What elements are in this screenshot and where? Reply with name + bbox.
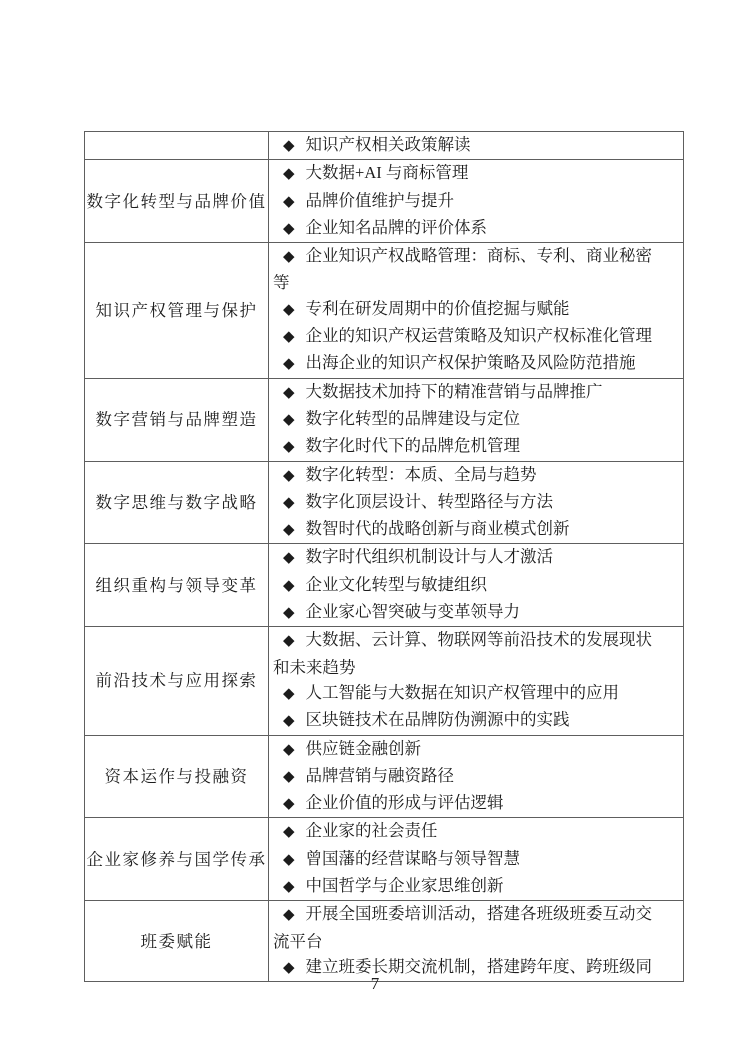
course-item: ◆知识产权相关政策解读: [269, 132, 683, 159]
course-item: ◆数智时代的战略创新与商业模式创新: [269, 516, 683, 543]
course-item: ◆数字化转型的品牌建设与定位: [269, 406, 683, 433]
course-item-text: 企业文化转型与敏捷组织: [306, 575, 488, 594]
document-page: ◆知识产权相关政策解读数字化转型与品牌价值◆大数据+AI 与商标管理◆品牌价值维…: [0, 0, 750, 1060]
diamond-bullet-icon: ◆: [283, 329, 295, 345]
course-item-text: 数字化时代下的品牌危机管理: [306, 436, 521, 455]
course-item: ◆大数据、云计算、物联网等前沿技术的发展现状 和未来趋势: [269, 627, 683, 680]
diamond-bullet-icon: ◆: [283, 439, 295, 455]
category-cell: 资本运作与投融资: [85, 735, 269, 818]
diamond-bullet-icon: ◆: [283, 356, 295, 372]
diamond-bullet-icon: ◆: [283, 605, 295, 621]
page-number: 7: [0, 974, 750, 994]
course-item: ◆数字化顶层设计、转型路径与方法: [269, 489, 683, 516]
course-item: ◆供应链金融创新: [269, 736, 683, 763]
course-item-text: 知识产权相关政策解读: [306, 135, 471, 154]
topics-cell: ◆大数据、云计算、物联网等前沿技术的发展现状 和未来趋势◆人工智能与大数据在知识…: [269, 627, 684, 735]
course-item: ◆出海企业的知识产权保护策略及风险防范措施: [269, 350, 683, 377]
course-item: ◆大数据技术加持下的精准营销与品牌推广: [269, 379, 683, 406]
category-cell: [85, 132, 269, 160]
course-item-text: 数智时代的战略创新与商业模式创新: [306, 519, 570, 538]
diamond-bullet-icon: ◆: [283, 686, 295, 702]
course-item: ◆企业家的社会责任: [269, 818, 683, 845]
category-cell: 组织重构与领导变革: [85, 544, 269, 627]
diamond-bullet-icon: ◆: [283, 852, 295, 868]
diamond-bullet-icon: ◆: [283, 742, 295, 758]
course-item-text: 区块链技术在品牌防伪溯源中的实践: [306, 710, 570, 729]
table-row: 知识产权管理与保护◆企业知识产权战略管理：商标、专利、商业秘密 等◆专利在研发周…: [85, 243, 684, 378]
diamond-bullet-icon: ◆: [283, 468, 295, 484]
course-item: ◆品牌营销与融资路径: [269, 763, 683, 790]
course-item: ◆企业文化转型与敏捷组织: [269, 572, 683, 599]
course-item-text: 专利在研发周期中的价值挖掘与赋能: [306, 299, 570, 318]
diamond-bullet-icon: ◆: [283, 302, 295, 318]
diamond-bullet-icon: ◆: [283, 550, 295, 566]
topics-cell: ◆开展全国班委培训活动，搭建各班级班委互动交 流平台◆建立班委长期交流机制，搭建…: [269, 901, 684, 982]
course-item-text: 企业知名品牌的评价体系: [306, 218, 488, 237]
table-row: 前沿技术与应用探索◆大数据、云计算、物联网等前沿技术的发展现状 和未来趋势◆人工…: [85, 627, 684, 735]
diamond-bullet-icon: ◆: [283, 907, 295, 923]
diamond-bullet-icon: ◆: [283, 138, 295, 154]
course-item: ◆数字化转型：本质、全局与趋势: [269, 462, 683, 489]
course-module-table: ◆知识产权相关政策解读数字化转型与品牌价值◆大数据+AI 与商标管理◆品牌价值维…: [84, 131, 684, 982]
course-item: ◆人工智能与大数据在知识产权管理中的应用: [269, 680, 683, 707]
course-item-text: 人工智能与大数据在知识产权管理中的应用: [306, 683, 620, 702]
course-item: ◆数字时代组织机制设计与人才激活: [269, 544, 683, 571]
diamond-bullet-icon: ◆: [283, 221, 295, 237]
topics-cell: ◆企业知识产权战略管理：商标、专利、商业秘密 等◆专利在研发周期中的价值挖掘与赋…: [269, 243, 684, 378]
course-item: ◆数字化时代下的品牌危机管理: [269, 433, 683, 460]
course-item: ◆专利在研发周期中的价值挖掘与赋能: [269, 296, 683, 323]
diamond-bullet-icon: ◆: [283, 166, 295, 182]
course-table-body: ◆知识产权相关政策解读数字化转型与品牌价值◆大数据+AI 与商标管理◆品牌价值维…: [85, 132, 684, 982]
course-item-text: 开展全国班委培训活动，搭建各班级班委互动交 流平台: [273, 904, 652, 950]
category-cell: 前沿技术与应用探索: [85, 627, 269, 735]
course-item: ◆开展全国班委培训活动，搭建各班级班委互动交 流平台: [269, 901, 683, 954]
category-cell: 企业家修养与国学传承: [85, 818, 269, 901]
course-item-text: 出海企业的知识产权保护策略及风险防范措施: [306, 353, 636, 372]
course-item: ◆企业价值的形成与评估逻辑: [269, 790, 683, 817]
category-cell: 数字思维与数字战略: [85, 461, 269, 544]
topics-cell: ◆数字时代组织机制设计与人才激活◆企业文化转型与敏捷组织◆企业家心智突破与变革领…: [269, 544, 684, 627]
course-item: ◆品牌价值维护与提升: [269, 188, 683, 215]
diamond-bullet-icon: ◆: [283, 796, 295, 812]
diamond-bullet-icon: ◆: [283, 578, 295, 594]
topics-cell: ◆供应链金融创新◆品牌营销与融资路径◆企业价值的形成与评估逻辑: [269, 735, 684, 818]
diamond-bullet-icon: ◆: [283, 522, 295, 538]
course-item-text: 大数据技术加持下的精准营销与品牌推广: [306, 382, 603, 401]
course-item-text: 大数据+AI 与商标管理: [306, 163, 469, 182]
category-cell: 班委赋能: [85, 901, 269, 982]
category-cell: 数字化转型与品牌价值: [85, 160, 269, 243]
course-item-text: 曾国藩的经营谋略与领导智慧: [306, 849, 521, 868]
table-row: 资本运作与投融资◆供应链金融创新◆品牌营销与融资路径◆企业价值的形成与评估逻辑: [85, 735, 684, 818]
diamond-bullet-icon: ◆: [283, 769, 295, 785]
course-item-text: 企业的知识产权运营策略及知识产权标准化管理: [306, 326, 653, 345]
diamond-bullet-icon: ◆: [283, 713, 295, 729]
course-item-text: 企业价值的形成与评估逻辑: [306, 793, 504, 812]
diamond-bullet-icon: ◆: [283, 495, 295, 511]
course-item-text: 品牌营销与融资路径: [306, 766, 455, 785]
course-item-text: 企业知识产权战略管理：商标、专利、商业秘密 等: [273, 246, 652, 292]
diamond-bullet-icon: ◆: [283, 879, 295, 895]
course-item: ◆大数据+AI 与商标管理: [269, 160, 683, 187]
course-item: ◆企业知识产权战略管理：商标、专利、商业秘密 等: [269, 243, 683, 296]
diamond-bullet-icon: ◆: [283, 633, 295, 649]
table-row: 班委赋能◆开展全国班委培训活动，搭建各班级班委互动交 流平台◆建立班委长期交流机…: [85, 901, 684, 982]
topics-cell: ◆企业家的社会责任◆曾国藩的经营谋略与领导智慧◆中国哲学与企业家思维创新: [269, 818, 684, 901]
table-row: 数字化转型与品牌价值◆大数据+AI 与商标管理◆品牌价值维护与提升◆企业知名品牌…: [85, 160, 684, 243]
category-cell: 数字营销与品牌塑造: [85, 378, 269, 461]
table-row: 数字营销与品牌塑造◆大数据技术加持下的精准营销与品牌推广◆数字化转型的品牌建设与…: [85, 378, 684, 461]
topics-cell: ◆知识产权相关政策解读: [269, 132, 684, 160]
course-item: ◆区块链技术在品牌防伪溯源中的实践: [269, 707, 683, 734]
course-item-text: 企业家心智突破与变革领导力: [306, 602, 521, 621]
course-item-text: 供应链金融创新: [306, 739, 422, 758]
course-item-text: 大数据、云计算、物联网等前沿技术的发展现状 和未来趋势: [273, 630, 652, 676]
course-item-text: 企业家的社会责任: [306, 821, 438, 840]
diamond-bullet-icon: ◆: [283, 194, 295, 210]
diamond-bullet-icon: ◆: [283, 412, 295, 428]
course-item: ◆中国哲学与企业家思维创新: [269, 873, 683, 900]
course-item-text: 数字化顶层设计、转型路径与方法: [306, 492, 554, 511]
course-item: ◆企业的知识产权运营策略及知识产权标准化管理: [269, 323, 683, 350]
diamond-bullet-icon: ◆: [283, 824, 295, 840]
diamond-bullet-icon: ◆: [283, 249, 295, 265]
topics-cell: ◆大数据+AI 与商标管理◆品牌价值维护与提升◆企业知名品牌的评价体系: [269, 160, 684, 243]
course-item: ◆企业知名品牌的评价体系: [269, 215, 683, 242]
course-item: ◆曾国藩的经营谋略与领导智慧: [269, 846, 683, 873]
table-row: ◆知识产权相关政策解读: [85, 132, 684, 160]
course-item-text: 数字化转型的品牌建设与定位: [306, 409, 521, 428]
table-row: 组织重构与领导变革◆数字时代组织机制设计与人才激活◆企业文化转型与敏捷组织◆企业…: [85, 544, 684, 627]
category-cell: 知识产权管理与保护: [85, 243, 269, 378]
topics-cell: ◆大数据技术加持下的精准营销与品牌推广◆数字化转型的品牌建设与定位◆数字化时代下…: [269, 378, 684, 461]
course-item-text: 数字化转型：本质、全局与趋势: [306, 465, 537, 484]
course-item-text: 中国哲学与企业家思维创新: [306, 876, 504, 895]
table-row: 企业家修养与国学传承◆企业家的社会责任◆曾国藩的经营谋略与领导智慧◆中国哲学与企…: [85, 818, 684, 901]
course-item-text: 品牌价值维护与提升: [306, 191, 455, 210]
course-item: ◆企业家心智突破与变革领导力: [269, 599, 683, 626]
table-row: 数字思维与数字战略◆数字化转型：本质、全局与趋势◆数字化顶层设计、转型路径与方法…: [85, 461, 684, 544]
diamond-bullet-icon: ◆: [283, 385, 295, 401]
topics-cell: ◆数字化转型：本质、全局与趋势◆数字化顶层设计、转型路径与方法◆数智时代的战略创…: [269, 461, 684, 544]
course-item-text: 数字时代组织机制设计与人才激活: [306, 547, 554, 566]
